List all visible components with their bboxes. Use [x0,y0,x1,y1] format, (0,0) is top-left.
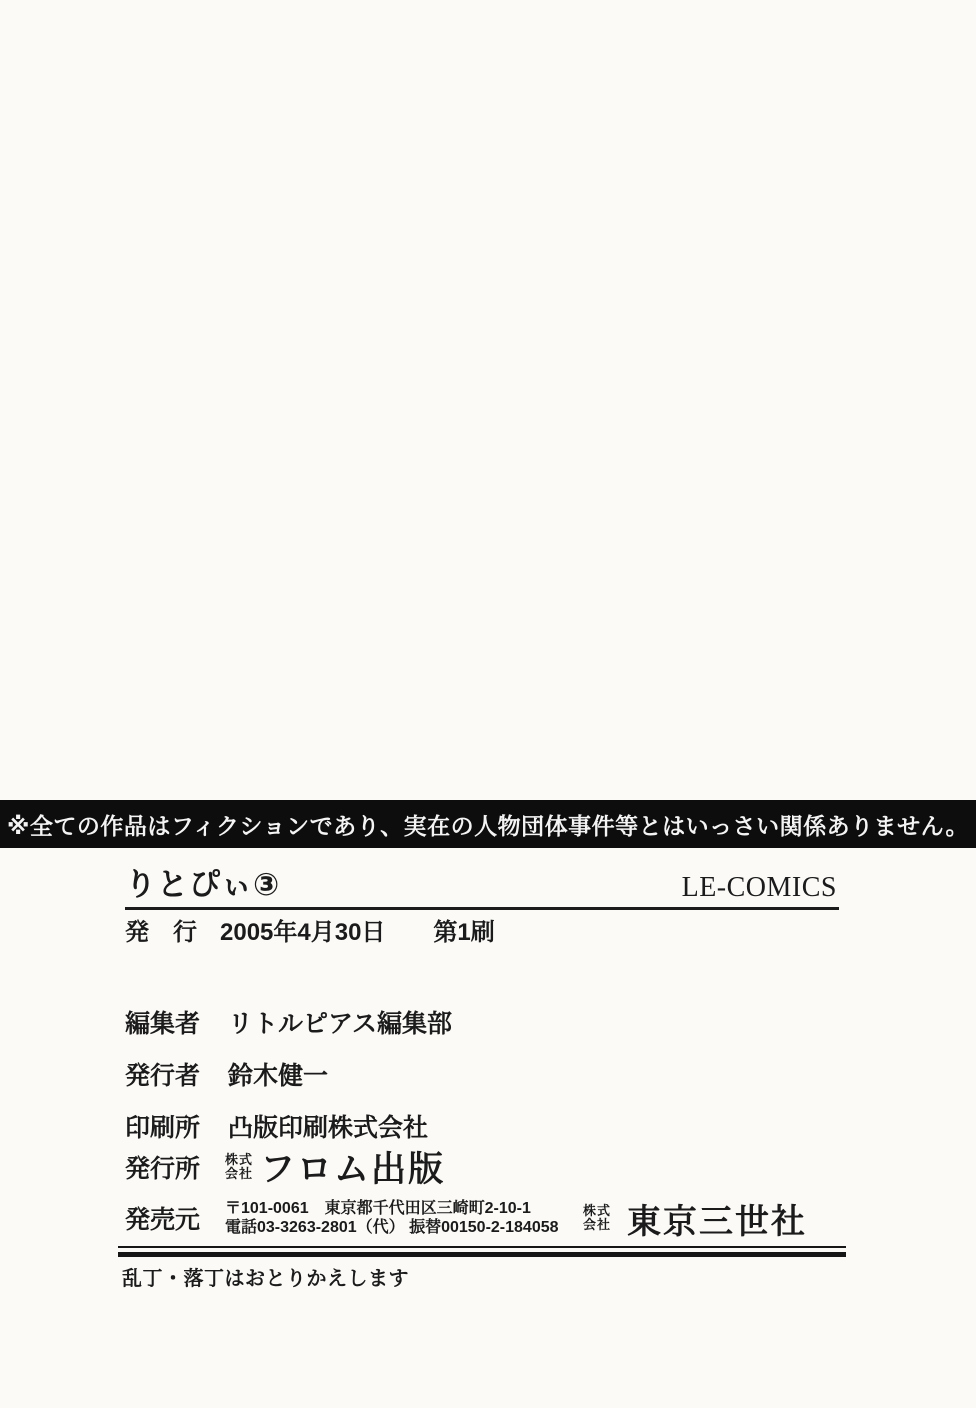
publisher-name: フロム出版 [260,1142,445,1192]
publisher-corp-prefix: 株式 会社 [225,1153,253,1181]
title-row: りとぴぃ③ LE-COMICS [125,866,839,910]
issue-printing: 第1刷 [433,918,494,948]
credit-row-printer: 印刷所 凸版印刷株式会社 [125,1114,428,1142]
book-title: りとぴぃ③ [125,859,280,904]
defect-exchange-note: 乱丁・落丁はおとりかえします [122,1262,409,1291]
issue-label: 発 行 [125,918,197,948]
credit-row-editor: 編集者 リトルピアス編集部 [125,1010,452,1038]
publisher-row: 発行所 株式 会社 フロム出版 [125,1146,445,1188]
publisher-label: 発行所 [125,1149,204,1185]
distributor-address-line1: 〒101-0061 東京都千代田区三崎町2-10-1 [225,1199,525,1218]
disclaimer-text: ※全ての作品はフィクションであり、実在の人物団体事件等とはいっさい関係ありません… [7,808,969,841]
imprint-label: LE-COMICS [682,872,837,904]
distributor-corp-bottom: 会社 [583,1218,611,1232]
issuer-label: 発行者 [125,1062,204,1090]
distributor-label: 発売元 [125,1200,204,1236]
printer-value: 凸版印刷株式会社 [228,1114,428,1142]
double-rule-divider [118,1246,846,1257]
editor-value: リトルピアス編集部 [228,1010,452,1038]
distributor-row: 発売元 〒101-0061 東京都千代田区三崎町2-10-1 電話03-3263… [125,1194,807,1242]
issuer-value: 鈴木健一 [228,1062,328,1090]
publisher-corp-top: 株式 [225,1153,253,1167]
distributor-address: 〒101-0061 東京都千代田区三崎町2-10-1 電話03-3263-280… [225,1199,525,1237]
distributor-name: 東京三世社 [627,1194,807,1243]
disclaimer-banner: ※全ての作品はフィクションであり、実在の人物団体事件等とはいっさい関係ありません… [0,800,976,848]
distributor-address-line2: 電話03-3263-2801（代） 振替00150-2-184058 [225,1218,525,1237]
publisher-corp-bottom: 会社 [225,1167,253,1181]
credit-row-issuer: 発行者 鈴木健一 [125,1062,328,1090]
editor-label: 編集者 [125,1010,204,1038]
issue-row: 発 行 2005年4月30日 第1刷 [125,918,495,948]
distributor-corp-top: 株式 [583,1204,611,1218]
printer-label: 印刷所 [125,1114,204,1142]
distributor-corp-prefix: 株式 会社 [583,1204,611,1232]
issue-date: 2005年4月30日 [220,918,385,948]
colophon-page: ※全ての作品はフィクションであり、実在の人物団体事件等とはいっさい関係ありません… [0,0,976,1408]
